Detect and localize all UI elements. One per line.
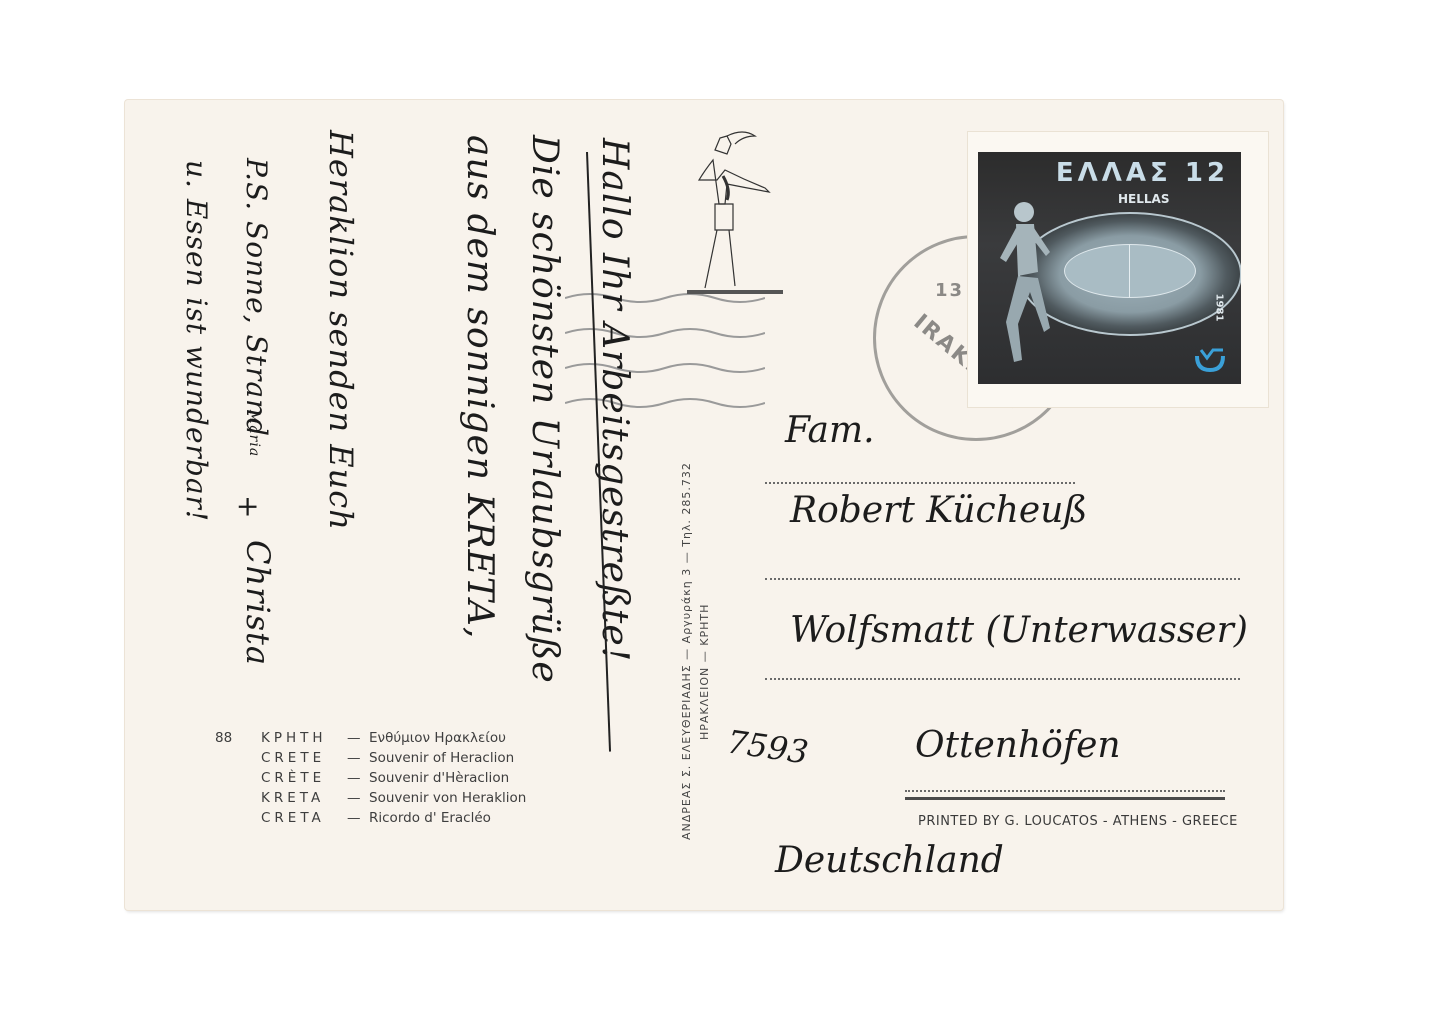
postage-stamp: ΕΛΛΑΣ 12 HELLAS 1981 xyxy=(968,132,1268,407)
caption-row: 88 ΚΡΗΤΗ — Ενθύμιον Ηρακλείου xyxy=(215,728,526,748)
stadium-field-icon xyxy=(1064,244,1196,298)
publisher-line-2: ΗΡΑΚΛΕΙΟΝ — ΚΡΗΤΗ xyxy=(698,604,711,740)
message-line-6: u. Essen ist wunderbar! xyxy=(180,160,213,522)
signature-name-1: Maria xyxy=(246,410,262,457)
caption-row: KRETA — Souvenir von Heraklion xyxy=(215,788,526,808)
caption-row: CRETE — Souvenir of Heraclion xyxy=(215,748,526,768)
caption-row: CRÈTE — Souvenir d'Hèraclion xyxy=(215,768,526,788)
stamp-country-latin: HELLAS xyxy=(1118,192,1169,206)
message-line-3: aus dem sonnigen KRETA, xyxy=(459,135,500,639)
postcard-back: Hallo Ihr Arbeitsgestreßte! Die schönste… xyxy=(125,100,1283,910)
minoan-prince-of-lilies-icon xyxy=(665,130,785,305)
address-dotted-line xyxy=(765,482,1075,484)
caption-row: CRETA — Ricordo d' Eracléo xyxy=(215,808,526,828)
address-country: Deutschland xyxy=(775,840,1004,881)
address-line-2: Robert Kücheuß xyxy=(790,490,1087,531)
card-number: 88 xyxy=(215,728,261,748)
address-line-1: Fam. xyxy=(785,410,875,451)
printed-caption: 88 ΚΡΗΤΗ — Ενθύμιον Ηρακλείου CRETE — So… xyxy=(215,728,526,828)
message-line-5: P.S. Sonne, Strand xyxy=(240,158,273,437)
postal-code: 7593 xyxy=(725,723,811,772)
stamp-year: 1981 xyxy=(1214,294,1225,322)
message-line-1: Hallo Ihr Arbeitsgestreßte! xyxy=(594,138,635,662)
address-solid-line xyxy=(905,797,1225,800)
stamp-artwork: ΕΛΛΑΣ 12 HELLAS 1981 xyxy=(978,152,1241,384)
signature-plus: + xyxy=(232,495,265,519)
postmark-day: 13 xyxy=(935,280,964,301)
signature-name-2: Christa xyxy=(239,540,277,666)
address-city: Ottenhöfen xyxy=(915,725,1121,766)
stamp-country: ΕΛΛΑΣ 12 xyxy=(1056,158,1229,188)
publisher-line-1: ΑΝΔΡΕΑΣ Σ. ΕΛΕΥΘΕΡΙΑΔΗΣ — Αργυράκη 3 — Τ… xyxy=(680,462,693,840)
address-line-3: Wolfsmatt (Unterwasser) xyxy=(790,610,1248,651)
stamp-logo-icon xyxy=(1193,346,1227,372)
address-dotted-line xyxy=(765,678,1240,680)
runner-icon xyxy=(988,192,1058,382)
message-line-4: Heraklion senden Euch xyxy=(322,130,360,531)
message-line-2: Die schönsten Urlaubsgrüße xyxy=(524,135,565,684)
address-dotted-line xyxy=(905,790,1225,792)
address-dotted-line xyxy=(765,578,1240,580)
printer-credit: PRINTED BY G. LOUCATOS - ATHENS - GREECE xyxy=(918,814,1238,829)
